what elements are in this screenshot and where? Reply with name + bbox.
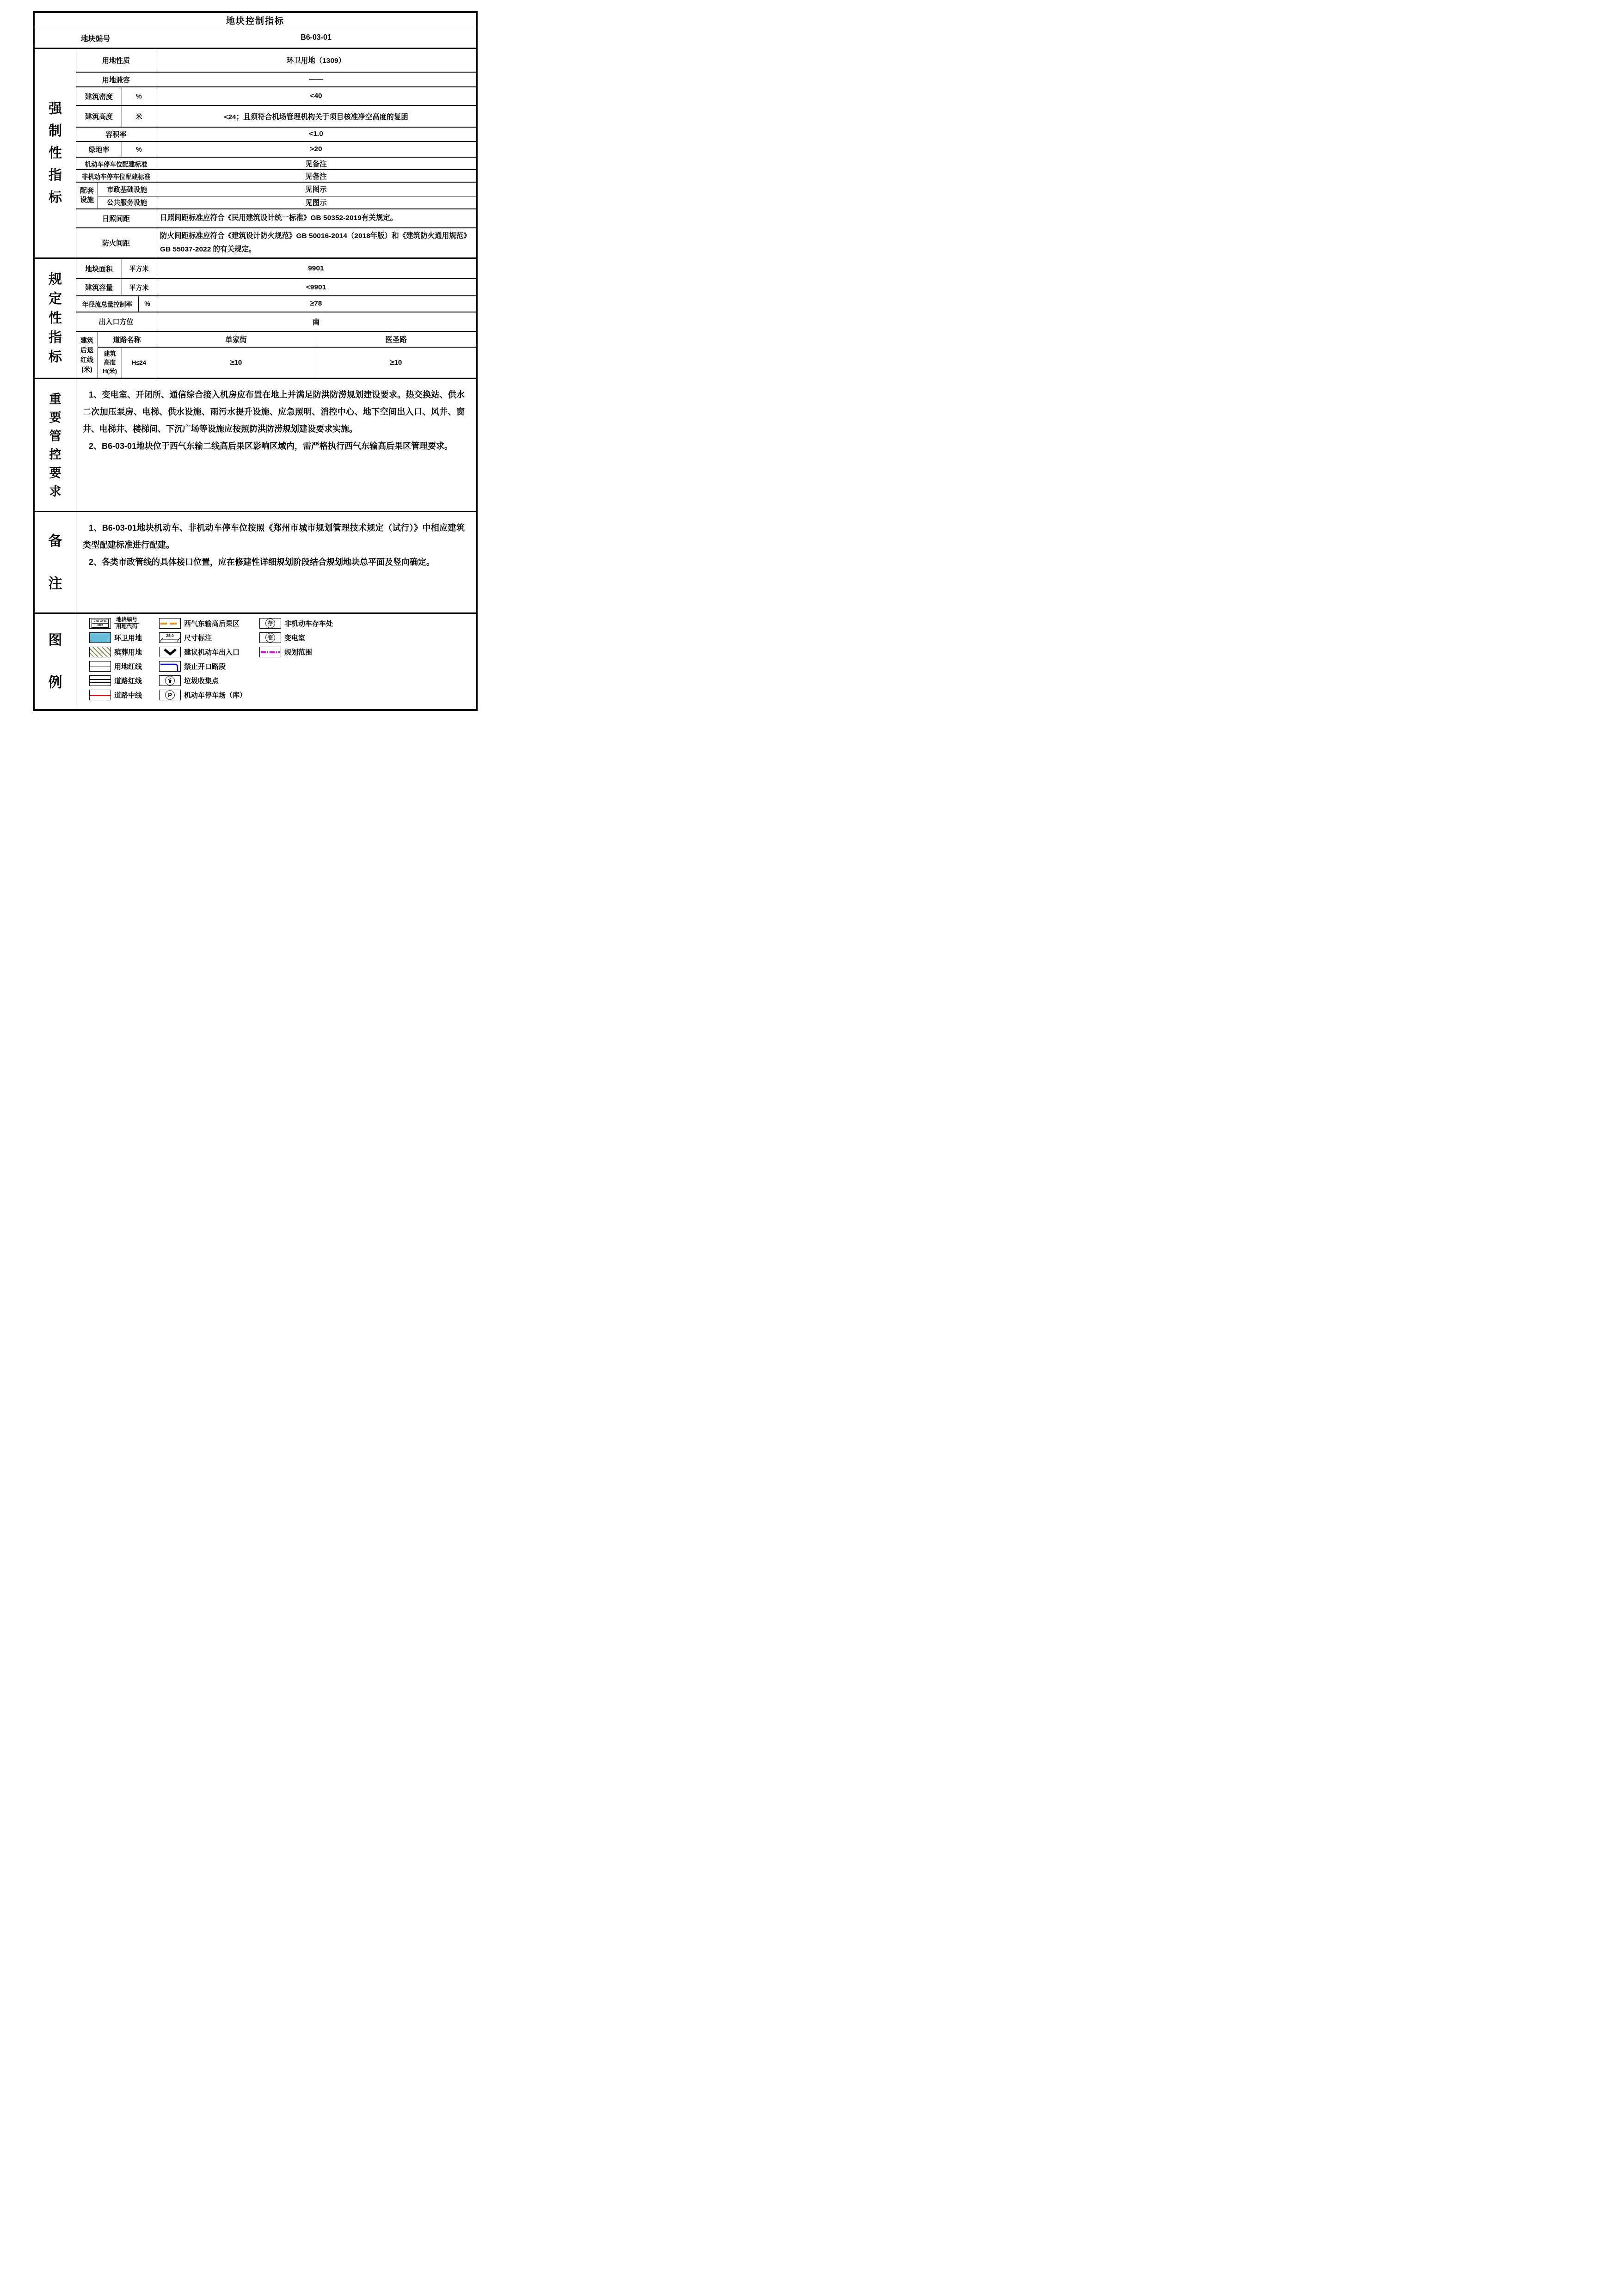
legend-label: 非机动车存车处 [284, 618, 333, 628]
sanitation-land-swatch [89, 632, 111, 643]
row-value: <40 [156, 87, 476, 105]
document-page: 地块控制指标 地块编号 B6-03-01 强 制 性 指 标 用地性质 环卫用地… [0, 0, 507, 718]
table-row: 建筑容量 平方米 <9901 [76, 278, 476, 295]
row-label: 日照间距 [76, 209, 156, 228]
row-unit: % [122, 87, 156, 105]
vehicle-entrance-chevron-icon [159, 647, 181, 657]
row-value: <24；且须符合机场管理机构关于项目核准净空高度的复函 [156, 106, 476, 127]
setback-value: ≥10 [316, 348, 476, 378]
legend-item: 垃圾收集点 [159, 673, 259, 688]
setback-value: ≥10 [156, 348, 316, 378]
setback-value-row: 建筑 高度 H(米) H≤24 ≥10 ≥10 [98, 347, 476, 378]
legend-label: 道路红线 [114, 676, 142, 686]
setback-group-row: 建筑 后退 红线 (米) 道路名称 单家街 医圣路 建筑 高度 H(米) H≤2… [76, 331, 476, 378]
remarks-header: 备 注 [35, 512, 76, 612]
legend-label: 尺寸标注 [184, 633, 212, 643]
legend-label: 机动车停车场（库） [184, 690, 246, 700]
row-label: 建筑容量 [76, 279, 122, 295]
row-label: 地块面积 [76, 259, 122, 278]
mandatory-indicators-section: 强 制 性 指 标 用地性质 环卫用地（1309） 用地兼容 —— 建筑密度 %… [35, 48, 476, 257]
paragraph: 2、各类市政管线的具体接口位置，应在修建性详细规划阶段结合规划地块总平面及竖向确… [83, 554, 465, 571]
row-value: 9901 [156, 259, 476, 278]
plot-number-label: 地块编号 [35, 28, 156, 48]
row-value: 见备注 [156, 170, 476, 182]
table-row: 公共服务设施 见图示 [98, 196, 476, 208]
legend-column-1: L-01-02-01 1506 地块编号 用地代码 环卫用地 [76, 616, 159, 702]
row-label: 市政基础设施 [98, 183, 156, 196]
road-name-label: 道路名称 [98, 332, 156, 347]
legend-label: 殡葬用地 [114, 647, 142, 657]
legend-item: L-01-02-01 1506 地块编号 用地代码 [89, 616, 159, 631]
table-row: 建筑密度 % <40 [76, 86, 476, 105]
facilities-group-label: 配套 设施 [76, 183, 98, 208]
table-row: 地块面积 平方米 9901 [76, 259, 476, 278]
legend-item: 变 变电室 [259, 631, 476, 645]
row-value: 日照间距标准应符合《民用建筑设计统一标准》GB 50352-2019有关规定。 [156, 209, 476, 228]
row-label: 出入口方位 [76, 312, 156, 331]
control-requirements-body: 1、变电室、开闭所、通信综合接入机房应布置在地上并满足防洪防涝规划建设要求。热交… [76, 379, 476, 511]
bicycle-parking-char: 存 [267, 619, 273, 627]
parking-letter: P [168, 692, 172, 698]
road-name-row: 道路名称 单家街 医圣路 [98, 332, 476, 347]
plot-number-row: 地块编号 B6-03-01 [35, 28, 476, 48]
table-row: 出入口方位 南 [76, 312, 476, 331]
legend-item: 道路中线 [89, 688, 159, 702]
legend-header-text: 图 例 [49, 619, 62, 704]
garbage-collection-icon [159, 675, 181, 686]
row-unit: % [122, 142, 156, 157]
page-title: 地块控制指标 [35, 13, 476, 28]
control-requirements-section: 重 要 管 控 要 求 1、变电室、开闭所、通信综合接入机房应布置在地上并满足防… [35, 378, 476, 511]
dimension-value: 25.0 [166, 633, 174, 638]
table-row: 非机动车停车位配建标准 见备注 [76, 169, 476, 182]
mandatory-section-header: 强 制 性 指 标 [35, 49, 76, 257]
legend-section: 图 例 L-01-02-01 1506 地块编号 用地代码 [35, 612, 476, 709]
table-row: 防火间距 防火间距标准应符合《建筑设计防火规范》GB 50016-2014（20… [76, 227, 476, 257]
row-value: —— [156, 73, 476, 87]
legend-label: 禁止开口路段 [184, 661, 226, 671]
building-height-label: 建筑 高度 H(米) [98, 348, 122, 378]
legend-item: 禁止开口路段 [159, 659, 259, 673]
height-range: H≤24 [122, 348, 156, 378]
row-label: 容积率 [76, 128, 156, 141]
remarks-section: 备 注 1、B6-03-01地块机动车、非机动车停车位按照《郑州市城市规划管理技… [35, 511, 476, 612]
remarks-body: 1、B6-03-01地块机动车、非机动车停车位按照《郑州市城市规划管理技术规定（… [76, 512, 476, 612]
row-value: 环卫用地（1309） [156, 49, 476, 72]
table-row: 容积率 <1.0 [76, 127, 476, 141]
row-value: ≥78 [156, 296, 476, 312]
row-label: 年径流总量控制率 [76, 296, 139, 312]
paragraph: 2、B6-03-01地块位于西气东输二线高后果区影响区域内，需严格执行西气东输高… [83, 438, 465, 455]
legend-item: 建议机动车出入口 [159, 645, 259, 659]
substation-icon: 变 [259, 632, 281, 643]
row-value: 见图示 [156, 196, 476, 208]
road-name: 单家街 [156, 332, 316, 347]
setback-group-label: 建筑 后退 红线 (米) [76, 332, 98, 378]
legend-label: 用地红线 [114, 661, 142, 671]
row-value: <9901 [156, 279, 476, 295]
table-row: 日照间距 日照间距标准应符合《民用建筑设计统一标准》GB 50352-2019有… [76, 208, 476, 228]
row-value: >20 [156, 142, 476, 157]
legend-item: 用地红线 [89, 659, 159, 673]
plot-number-caption: 地块编号 [114, 617, 139, 624]
row-unit: 平方米 [122, 279, 156, 295]
legend-body: L-01-02-01 1506 地块编号 用地代码 环卫用地 [76, 614, 476, 709]
regulatory-section-header: 规 定 性 指 标 [35, 259, 76, 378]
road-redline-swatch [89, 675, 111, 686]
table-row: 绿地率 % >20 [76, 141, 476, 157]
paragraph: 1、变电室、开闭所、通信综合接入机房应布置在地上并满足防洪防涝规划建设要求。热交… [83, 386, 465, 438]
legend-label: 建议机动车出入口 [184, 647, 240, 657]
row-label: 用地性质 [76, 49, 156, 72]
regulatory-header-text: 规 定 性 指 标 [49, 270, 62, 367]
table-row: 年径流总量控制率 % ≥78 [76, 295, 476, 312]
road-centerline-swatch [89, 690, 111, 700]
legend-column-2: 西气东输高后果区 25.0 尺寸标注 [159, 616, 259, 702]
paragraph: 1、B6-03-01地块机动车、非机动车停车位按照《郑州市城市规划管理技术规定（… [83, 520, 465, 554]
legend-label: 道路中线 [114, 690, 142, 700]
no-opening-road-line [159, 661, 181, 672]
road-name: 医圣路 [316, 332, 476, 347]
row-label: 用地兼容 [76, 73, 156, 87]
control-requirements-header: 重 要 管 控 要 求 [35, 379, 76, 511]
plot-code-sample: L-01-02-01 1506 [92, 619, 109, 628]
parking-icon: P [159, 690, 181, 700]
legend-label: 环卫用地 [114, 633, 142, 643]
mandatory-header-text: 强 制 性 指 标 [49, 98, 62, 209]
gas-pipeline-zone-dashed-line [159, 618, 181, 629]
plot-number-value: B6-03-01 [156, 28, 476, 48]
land-redline-swatch [89, 661, 111, 672]
row-label: 机动车停车位配建标准 [76, 158, 156, 169]
legend-item: 25.0 尺寸标注 [159, 631, 259, 645]
legend-item: 道路红线 [89, 673, 159, 688]
row-unit: 米 [122, 106, 156, 127]
regulatory-indicators-section: 规 定 性 指 标 地块面积 平方米 9901 建筑容量 平方米 <9901 年… [35, 257, 476, 378]
row-label: 绿地率 [76, 142, 122, 157]
remarks-header-text: 备 注 [49, 520, 62, 605]
table-row: 机动车停车位配建标准 见备注 [76, 157, 476, 169]
row-label: 防火间距 [76, 228, 156, 257]
legend-item: 西气东输高后果区 [159, 616, 259, 631]
plot-control-table: 地块控制指标 地块编号 B6-03-01 强 制 性 指 标 用地性质 环卫用地… [33, 11, 478, 711]
legend-label: 西气东输高后果区 [184, 618, 240, 628]
row-label: 公共服务设施 [98, 196, 156, 208]
planning-boundary-dashed-line [259, 647, 281, 657]
control-requirements-header-text: 重 要 管 控 要 求 [49, 390, 61, 501]
legend-column-3: 存 非机动车存车处 变 变电室 规划范围 [259, 616, 476, 659]
legend-item: 殡葬用地 [89, 645, 159, 659]
plot-code-bottom: 1506 [97, 624, 103, 627]
table-row: 市政基础设施 见图示 [98, 183, 476, 196]
legend-item: 存 非机动车存车处 [259, 616, 476, 631]
legend-label: 垃圾收集点 [184, 676, 219, 686]
table-row: 用地性质 环卫用地（1309） [76, 49, 476, 72]
plot-code-top: L-01-02-01 [92, 619, 108, 624]
legend-header: 图 例 [35, 614, 76, 709]
dimension-annotation-icon: 25.0 [159, 632, 181, 643]
row-value: <1.0 [156, 128, 476, 141]
table-row: 建筑高度 米 <24；且须符合机场管理机构关于项目核准净空高度的复函 [76, 105, 476, 127]
plot-code-box: L-01-02-01 1506 [89, 618, 111, 629]
row-label: 建筑高度 [76, 106, 122, 127]
row-unit: % [139, 296, 156, 312]
burial-land-hatch-swatch [89, 647, 111, 657]
legend-item: 环卫用地 [89, 631, 159, 645]
row-value: 见备注 [156, 158, 476, 169]
legend-item: 规划范围 [259, 645, 476, 659]
row-value: 见图示 [156, 183, 476, 196]
row-value: 南 [156, 312, 476, 331]
row-unit: 平方米 [122, 259, 156, 278]
facilities-group-row: 配套 设施 市政基础设施 见图示 公共服务设施 见图示 [76, 182, 476, 208]
legend-item: P 机动车停车场（库） [159, 688, 259, 702]
legend-label: 变电室 [284, 633, 305, 643]
plot-code-label: 地块编号 用地代码 [114, 617, 139, 630]
row-label: 非机动车停车位配建标准 [76, 170, 156, 182]
row-label: 建筑密度 [76, 87, 122, 105]
substation-char: 变 [267, 634, 273, 642]
table-row: 用地兼容 —— [76, 72, 476, 87]
bicycle-parking-icon: 存 [259, 618, 281, 629]
legend-label: 规划范围 [284, 647, 312, 657]
row-value: 防火间距标准应符合《建筑设计防火规范》GB 50016-2014（2018年版）… [156, 228, 476, 257]
land-code-caption: 用地代码 [116, 624, 137, 630]
